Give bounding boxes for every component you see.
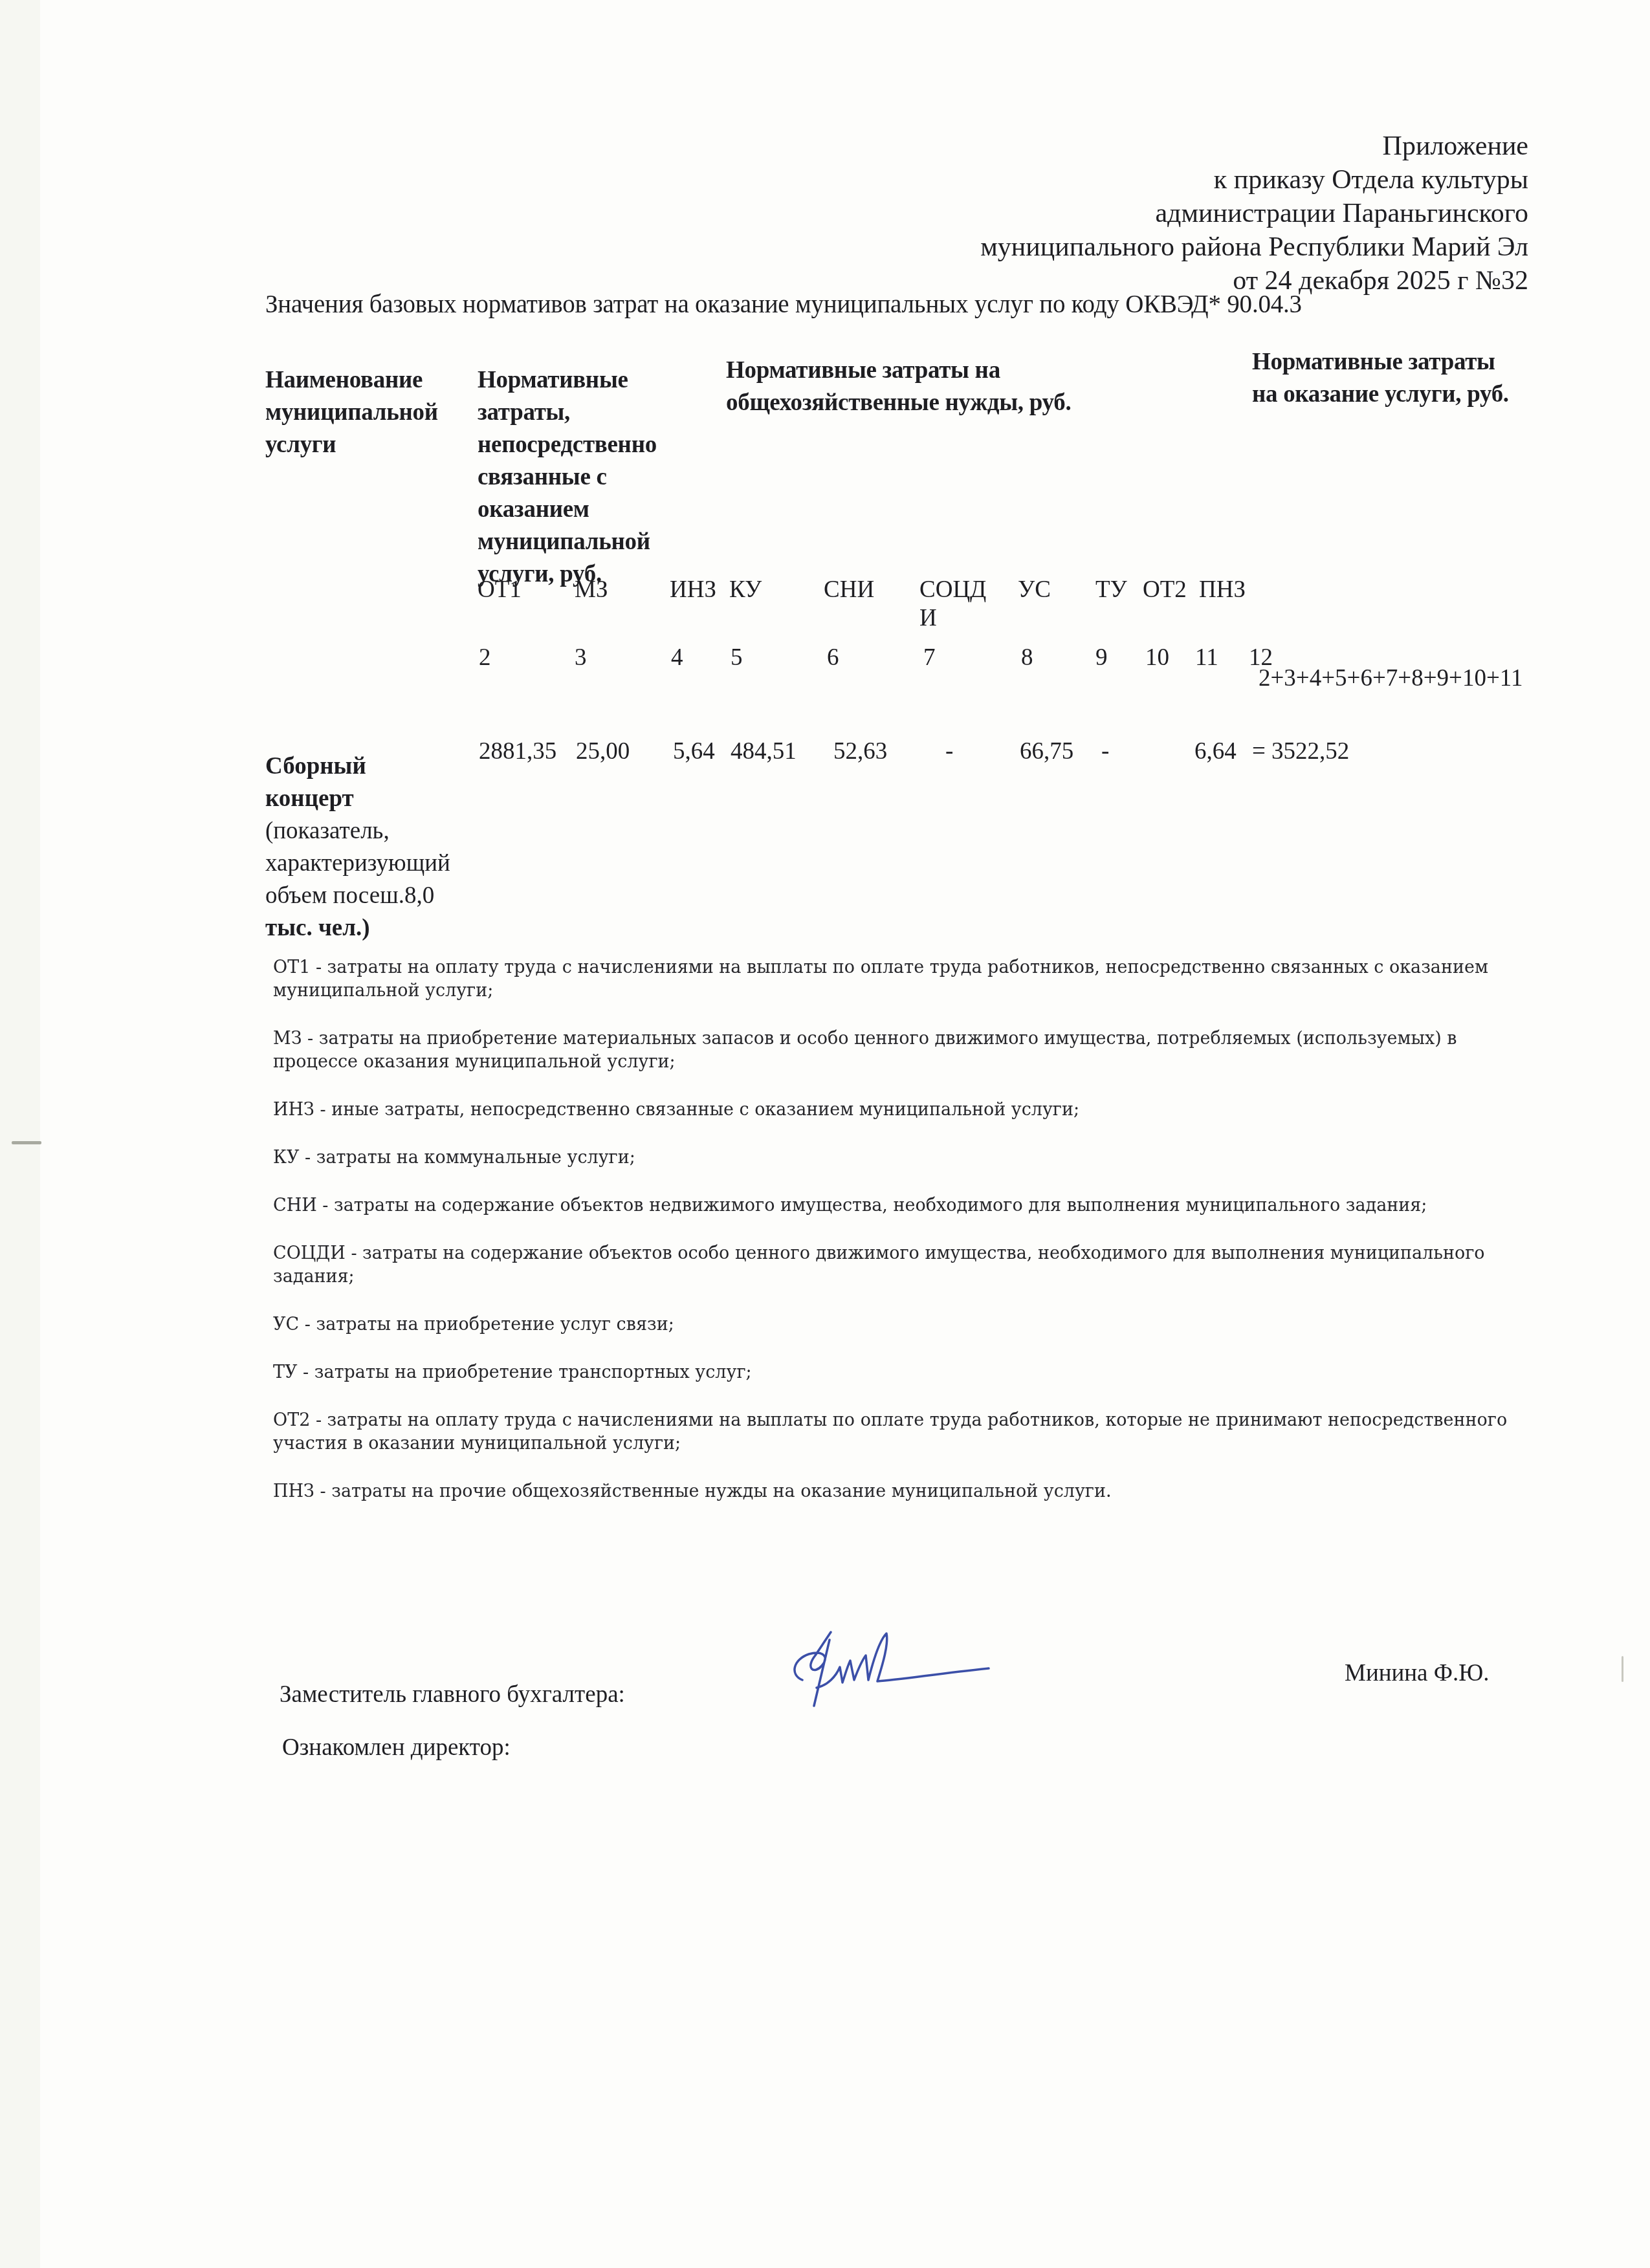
column-number: 2 <box>479 644 491 671</box>
column-number: 3 <box>575 644 587 671</box>
deputy-accountant-name: Минина Ф.Ю. <box>1345 1659 1490 1687</box>
service-indicator: характеризующий <box>265 847 450 880</box>
header-service-name: Наименование муниципальной услуги <box>265 364 438 461</box>
header-text: Нормативные затраты на <box>726 354 1071 387</box>
definition-ku: КУ - затраты на коммунальные услуги; <box>273 1146 1541 1170</box>
column-code-inz: ИНЗ <box>670 576 716 604</box>
header-total-costs: Нормативные затраты на оказание услуги, … <box>1252 346 1509 411</box>
value-ot1: 2881,35 <box>479 737 556 765</box>
header-general-costs: Нормативные затраты на общехозяйственные… <box>726 354 1071 419</box>
value-tu: - <box>1101 737 1109 765</box>
header-text: услуги <box>265 429 438 461</box>
column-number: 7 <box>923 644 936 671</box>
definition-sni: СНИ - затраты на содержание объектов нед… <box>273 1194 1541 1217</box>
director-acknowledged-label: Ознакомлен директор: <box>282 1734 511 1761</box>
approval-header: Приложение к приказу Отдела культуры адм… <box>980 129 1528 298</box>
header-text: Наименование <box>265 364 438 397</box>
header-line: Приложение <box>980 129 1528 163</box>
value-sni: 52,63 <box>833 737 887 765</box>
header-text: затраты, <box>478 397 657 429</box>
header-text: Нормативные <box>478 364 657 397</box>
column-code-tu: ТУ <box>1095 576 1127 604</box>
definition-pnz: ПНЗ - затраты на прочие общехозяйственны… <box>273 1480 1541 1503</box>
column-number: 6 <box>827 644 839 671</box>
header-text: муниципальной <box>265 397 438 429</box>
deputy-accountant-label: Заместитель главного бухгалтера: <box>280 1681 625 1708</box>
header-text: Нормативные затраты <box>1252 346 1509 378</box>
service-indicator: (показатель, <box>265 815 450 847</box>
definition-tu: ТУ - затраты на приобретение транспортны… <box>273 1361 1541 1384</box>
column-number: 11 <box>1195 644 1218 671</box>
value-total: = 3522,52 <box>1252 737 1349 765</box>
total-formula: 2+3+4+5+6+7+8+9+10+11 <box>1259 664 1523 692</box>
service-name: Сборный <box>265 750 450 783</box>
column-code-mz: МЗ <box>575 576 608 604</box>
header-line: к приказу Отдела культуры <box>980 163 1528 197</box>
column-code-sni: СНИ <box>824 576 874 604</box>
service-name-cell: Сборный концерт (показатель, характеризу… <box>265 750 450 944</box>
value-socdi: - <box>945 737 953 765</box>
column-code-socdi: СОЦД И <box>919 576 986 633</box>
value-us: 66,75 <box>1020 737 1073 765</box>
header-text: муниципальной <box>478 526 657 558</box>
column-code-pnz: ПНЗ <box>1199 576 1246 604</box>
column-number: 4 <box>671 644 683 671</box>
column-code-ot2: ОТ2 <box>1143 576 1187 604</box>
column-code-ot1: ОТ1 <box>478 576 522 604</box>
column-number: 5 <box>731 644 743 671</box>
header-text: связанные с <box>478 461 657 494</box>
service-indicator: объем посеш.8,0 <box>265 880 450 912</box>
scan-edge <box>0 0 40 2268</box>
definition-socdi: СОЦДИ - затраты на содержание объектов о… <box>273 1242 1541 1289</box>
column-code-ku: КУ <box>729 576 762 604</box>
header-text: оказанием <box>478 494 657 526</box>
definition-ot2: ОТ2 - затраты на оплату труда с начислен… <box>273 1409 1541 1456</box>
value-inz: 5,64 <box>673 737 715 765</box>
header-line: администрации Параньгинского <box>980 197 1528 230</box>
abbreviation-definitions: ОТ1 - затраты на оплату труда с начислен… <box>273 956 1541 1528</box>
column-number: 10 <box>1145 644 1169 671</box>
header-text: на оказание услуги, руб. <box>1252 378 1509 411</box>
value-pnz: 6,64 <box>1194 737 1237 765</box>
value-mz: 25,00 <box>576 737 630 765</box>
header-line: муниципального района Республики Марий Э… <box>980 230 1528 264</box>
header-direct-costs: Нормативные затраты, непосредственно свя… <box>478 364 657 591</box>
header-text: общехозяйственные нужды, руб. <box>726 387 1071 419</box>
service-indicator: тыс. чел.) <box>265 912 450 944</box>
scan-artifact <box>12 1141 41 1144</box>
document-title: Значения базовых нормативов затрат на ок… <box>265 290 1302 319</box>
definition-inz: ИНЗ - иные затраты, непосредственно связ… <box>273 1098 1541 1122</box>
definition-us: УС - затраты на приобретение услуг связи… <box>273 1313 1541 1336</box>
header-text: непосредственно <box>478 429 657 461</box>
column-code-us: УС <box>1018 576 1051 604</box>
scan-artifact <box>1622 1656 1623 1682</box>
definition-mz: МЗ - затраты на приобретение материальны… <box>273 1027 1541 1074</box>
definition-ot1: ОТ1 - затраты на оплату труда с начислен… <box>273 956 1541 1003</box>
column-number: 8 <box>1021 644 1033 671</box>
service-name: концерт <box>265 783 450 815</box>
column-number: 9 <box>1095 644 1108 671</box>
value-ku: 484,51 <box>731 737 797 765</box>
handwritten-signature <box>783 1620 996 1717</box>
